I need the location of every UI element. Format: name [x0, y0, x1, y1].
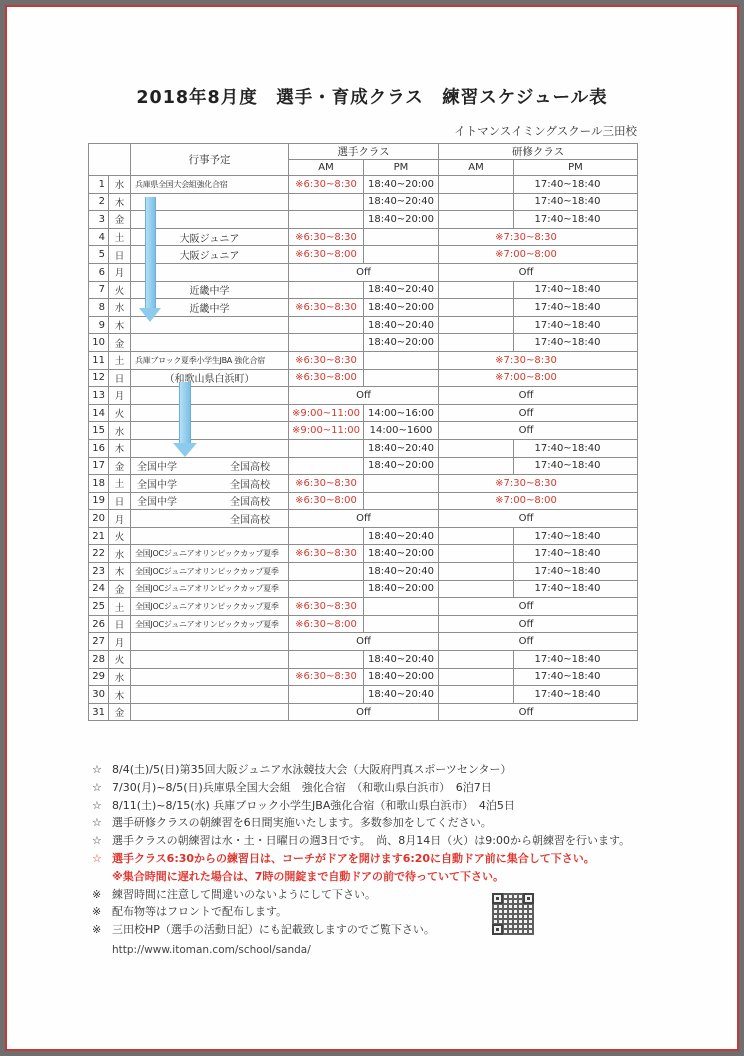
table-row: 17金全国中学全国高校18:40~20:0017:40~18:40 [89, 457, 638, 475]
day-cell: 28 [89, 651, 109, 669]
table-row: 25土全国JOCジュニアオリンピックカップ夏季※6:30~8:30Off [89, 598, 638, 616]
arrow-head [139, 308, 161, 322]
day-cell: 11 [89, 351, 109, 369]
event-cell [131, 527, 289, 545]
table-row: 26日全国JOCジュニアオリンピックカップ夏季※6:30~8:00Off [89, 615, 638, 633]
event-label: 大阪ジュニア [180, 234, 240, 245]
player-off-cell: Off [289, 387, 439, 405]
weekday-cell: 金 [109, 211, 131, 229]
note-text: 選手クラスの朝練習は水・土・日曜日の週3日です。 尚、8月14日（火）は9:00… [112, 834, 630, 847]
training-am-cell: ※7:30~8:30 [439, 351, 638, 369]
day-cell: 18 [89, 475, 109, 493]
event-split: 全国高校 [133, 511, 286, 526]
training-am-cell: ※7:30~8:30 [439, 228, 638, 246]
event-label: 全国JOCジュニアオリンピックカップ夏季 [133, 548, 286, 559]
training-pm-cell: 17:40~18:40 [514, 211, 638, 229]
event-label-right: 全国高校 [230, 458, 270, 473]
training-am-header: AM [439, 160, 514, 176]
player-class-header: 選手クラス [289, 144, 439, 160]
note-marker: ☆ [92, 797, 102, 815]
training-am-cell [439, 686, 514, 704]
training-pm-cell: 17:40~18:40 [514, 316, 638, 334]
table-row: 31金OffOff [89, 703, 638, 721]
training-am-cell [439, 334, 514, 352]
weekday-cell: 火 [109, 527, 131, 545]
event-label-right: 全国高校 [230, 511, 270, 526]
day-cell: 24 [89, 580, 109, 598]
player-am-cell [289, 457, 364, 475]
schedule-table-wrap: 行事予定 選手クラス 研修クラス AM PM AM PM 1水兵庫県全国大会組強… [88, 143, 637, 721]
player-am-cell: ※6:30~8:00 [289, 246, 364, 264]
note-line: ※三田校HP（選手の活動日記）にも記載致しますのでご覧下さい。 [92, 921, 652, 939]
day-cell: 31 [89, 703, 109, 721]
training-am-cell [439, 563, 514, 581]
weekday-cell: 月 [109, 633, 131, 651]
event-cell: 全国高校 [131, 510, 289, 528]
table-row: 30木18:40~20:4017:40~18:40 [89, 686, 638, 704]
day-cell: 4 [89, 228, 109, 246]
event-label-right: 全国高校 [230, 476, 270, 491]
camp-span-arrow-icon [139, 197, 161, 322]
event-cell [131, 633, 289, 651]
note-marker: ☆ [92, 832, 102, 850]
event-split: 全国中学全国高校 [133, 458, 286, 473]
player-off-cell: Off [289, 703, 439, 721]
weekday-cell: 土 [109, 475, 131, 493]
arrow-shaft [179, 382, 191, 443]
weekday-cell: 水 [109, 668, 131, 686]
player-pm-cell [364, 369, 439, 387]
camp-span-arrow-icon [173, 382, 197, 457]
weekday-cell: 金 [109, 580, 131, 598]
training-am-cell [439, 299, 514, 317]
day-cell: 5 [89, 246, 109, 264]
note-text: 7/30(月)~8/5(日)兵庫県全国大会組 強化合宿 （和歌山県白浜市） 6泊… [112, 781, 492, 794]
table-row: 10金18:40~20:0017:40~18:40 [89, 334, 638, 352]
player-pm-cell: 18:40~20:40 [364, 439, 439, 457]
training-off-cell: Off [439, 387, 638, 405]
training-off-cell: Off [439, 404, 638, 422]
day-cell: 12 [89, 369, 109, 387]
weekday-cell: 金 [109, 334, 131, 352]
event-cell: 全国中学全国高校 [131, 457, 289, 475]
training-am-cell [439, 281, 514, 299]
day-cell: 21 [89, 527, 109, 545]
weekday-cell: 木 [109, 316, 131, 334]
training-am-cell [439, 439, 514, 457]
note-marker: ☆ [92, 850, 102, 868]
training-pm-cell: 17:40~18:40 [514, 176, 638, 194]
day-cell: 19 [89, 492, 109, 510]
note-marker: ※ [92, 903, 101, 921]
player-pm-cell: 18:40~20:40 [364, 316, 439, 334]
day-cell: 22 [89, 545, 109, 563]
training-pm-cell: 17:40~18:40 [514, 527, 638, 545]
event-label: 兵庫県全国大会組強化合宿 [133, 179, 286, 190]
weekday-cell: 火 [109, 404, 131, 422]
note-marker: ※ [92, 886, 101, 904]
player-pm-cell [364, 246, 439, 264]
note-line: ☆8/4(土)/5(日)第35回大阪ジュニア水泳競技大会（大阪府門真スポーツセン… [92, 761, 652, 779]
weekday-cell: 火 [109, 651, 131, 669]
training-am-cell [439, 176, 514, 194]
player-am-cell: ※6:30~8:30 [289, 228, 364, 246]
event-cell: 全国JOCジュニアオリンピックカップ夏季 [131, 598, 289, 616]
weekday-cell: 土 [109, 228, 131, 246]
event-label: 近畿中学 [190, 304, 230, 315]
player-am-cell [289, 580, 364, 598]
player-am-cell: ※6:30~8:30 [289, 475, 364, 493]
event-cell: 全国JOCジュニアオリンピックカップ夏季 [131, 545, 289, 563]
weekday-cell: 水 [109, 545, 131, 563]
player-pm-cell: 18:40~20:40 [364, 527, 439, 545]
player-pm-cell: 14:00~1600 [364, 422, 439, 440]
table-row: 5日大阪ジュニア※6:30~8:00※7:00~8:00 [89, 246, 638, 264]
player-am-cell: ※6:30~8:30 [289, 545, 364, 563]
note-line: ☆選手研修クラスの朝練習を6日間実施いたします。多数参加をしてください。 [92, 814, 652, 832]
training-am-cell [439, 545, 514, 563]
table-row: 27月OffOff [89, 633, 638, 651]
event-cell: 兵庫県全国大会組強化合宿 [131, 176, 289, 194]
player-am-cell [289, 563, 364, 581]
player-am-header: AM [289, 160, 364, 176]
weekday-cell: 金 [109, 457, 131, 475]
player-pm-cell: 18:40~20:00 [364, 211, 439, 229]
training-class-header: 研修クラス [439, 144, 638, 160]
training-pm-cell: 17:40~18:40 [514, 668, 638, 686]
training-off-cell: Off [439, 615, 638, 633]
event-label: 近畿中学 [190, 286, 230, 297]
player-am-cell [289, 527, 364, 545]
notes-list: ☆8/4(土)/5(日)第35回大阪ジュニア水泳競技大会（大阪府門真スポーツセン… [92, 761, 652, 939]
table-row: 29水※6:30~8:3018:40~20:0017:40~18:40 [89, 668, 638, 686]
event-label-right: 全国高校 [230, 493, 270, 508]
training-pm-cell: 17:40~18:40 [514, 334, 638, 352]
weekday-cell: 日 [109, 369, 131, 387]
qr-finder-icon [492, 893, 503, 904]
note-text: 選手クラス6:30からの練習日は、コーチがドアを開けます6:20に自動ドア前に集… [112, 852, 595, 865]
player-am-cell: ※9:00~11:00 [289, 422, 364, 440]
training-am-cell [439, 580, 514, 598]
event-cell: 兵庫ブロック夏季小学生JBA 強化合宿 [131, 351, 289, 369]
event-cell: 全国JOCジュニアオリンピックカップ夏季 [131, 615, 289, 633]
qr-finder-icon [523, 893, 534, 904]
note-line: ☆選手クラス6:30からの練習日は、コーチがドアを開けます6:20に自動ドア前に… [92, 850, 652, 868]
day-cell: 7 [89, 281, 109, 299]
training-pm-cell: 17:40~18:40 [514, 563, 638, 581]
table-row: 14火※9:00~11:0014:00~16:00Off [89, 404, 638, 422]
arrow-shaft [145, 197, 156, 308]
weekday-cell: 月 [109, 263, 131, 281]
school-name: イトマンスイミングスクール三田校 [454, 123, 637, 139]
training-pm-cell: 17:40~18:40 [514, 281, 638, 299]
note-text: 8/11(土)~8/15(水) 兵庫ブロック小学生JBA強化合宿（和歌山県白浜市… [112, 799, 515, 812]
note-text: ※集合時間に遅れた場合は、7時の開錠まで自動ドアの前で待っていて下さい。 [112, 870, 504, 883]
event-cell [131, 439, 289, 457]
weekday-cell: 日 [109, 615, 131, 633]
day-cell: 3 [89, 211, 109, 229]
day-cell: 27 [89, 633, 109, 651]
weekday-cell: 月 [109, 387, 131, 405]
player-am-cell [289, 193, 364, 211]
training-pm-cell: 17:40~18:40 [514, 686, 638, 704]
note-text: 選手研修クラスの朝練習を6日間実施いたします。多数参加をしてください。 [112, 816, 492, 829]
weekday-cell: 水 [109, 299, 131, 317]
training-am-cell: ※7:00~8:00 [439, 369, 638, 387]
player-am-cell [289, 334, 364, 352]
event-label: 全国JOCジュニアオリンピックカップ夏季 [133, 619, 286, 630]
corner-cell [89, 144, 131, 176]
note-marker: ☆ [92, 814, 102, 832]
day-cell: 26 [89, 615, 109, 633]
note-line: ※集合時間に遅れた場合は、7時の開錠まで自動ドアの前で待っていて下さい。 [92, 868, 652, 886]
event-label-left: 全国中学 [137, 458, 177, 473]
training-pm-cell: 17:40~18:40 [514, 299, 638, 317]
player-pm-header: PM [364, 160, 439, 176]
table-row: 21火18:40~20:4017:40~18:40 [89, 527, 638, 545]
day-cell: 2 [89, 193, 109, 211]
player-pm-cell [364, 492, 439, 510]
training-pm-cell: 17:40~18:40 [514, 545, 638, 563]
event-cell [131, 703, 289, 721]
day-cell: 8 [89, 299, 109, 317]
training-off-cell: Off [439, 703, 638, 721]
player-pm-cell: 14:00~16:00 [364, 404, 439, 422]
day-cell: 15 [89, 422, 109, 440]
table-row: 3金18:40~20:0017:40~18:40 [89, 211, 638, 229]
training-pm-cell: 17:40~18:40 [514, 193, 638, 211]
player-am-cell: ※6:30~8:30 [289, 176, 364, 194]
weekday-cell: 木 [109, 193, 131, 211]
training-pm-header: PM [514, 160, 638, 176]
table-row: 8水近畿中学※6:30~8:3018:40~20:0017:40~18:40 [89, 299, 638, 317]
day-cell: 10 [89, 334, 109, 352]
table-row: 1水兵庫県全国大会組強化合宿※6:30~8:3018:40~20:0017:40… [89, 176, 638, 194]
player-pm-cell [364, 615, 439, 633]
table-row: 9木18:40~20:4017:40~18:40 [89, 316, 638, 334]
player-pm-cell: 18:40~20:40 [364, 193, 439, 211]
note-line: ※練習時間に注意して間違いのないようにして下さい。 [92, 886, 652, 904]
weekday-cell: 土 [109, 351, 131, 369]
player-off-cell: Off [289, 633, 439, 651]
day-cell: 6 [89, 263, 109, 281]
training-am-cell: ※7:00~8:00 [439, 492, 638, 510]
training-off-cell: Off [439, 422, 638, 440]
player-am-cell: ※6:30~8:30 [289, 598, 364, 616]
table-row: 2木18:40~20:4017:40~18:40 [89, 193, 638, 211]
player-am-cell [289, 686, 364, 704]
player-pm-cell [364, 598, 439, 616]
training-am-cell [439, 651, 514, 669]
event-label: 全国JOCジュニアオリンピックカップ夏季 [133, 601, 286, 612]
event-label: 兵庫ブロック夏季小学生JBA 強化合宿 [133, 355, 286, 366]
schedule-table: 行事予定 選手クラス 研修クラス AM PM AM PM 1水兵庫県全国大会組強… [88, 143, 638, 721]
table-row: 13月OffOff [89, 387, 638, 405]
day-cell: 17 [89, 457, 109, 475]
event-split: 全国中学全国高校 [133, 493, 286, 508]
event-label: 大阪ジュニア [180, 251, 240, 262]
player-am-cell: ※6:30~8:30 [289, 299, 364, 317]
player-pm-cell: 18:40~20:00 [364, 176, 439, 194]
training-am-cell [439, 316, 514, 334]
weekday-cell: 日 [109, 492, 131, 510]
weekday-cell: 日 [109, 246, 131, 264]
day-cell: 29 [89, 668, 109, 686]
player-am-cell: ※6:30~8:30 [289, 351, 364, 369]
table-row: 6月OffOff [89, 263, 638, 281]
event-cell [131, 668, 289, 686]
player-off-cell: Off [289, 263, 439, 281]
training-pm-cell: 17:40~18:40 [514, 580, 638, 598]
table-row: 16木18:40~20:4017:40~18:40 [89, 439, 638, 457]
event-cell [131, 334, 289, 352]
qr-finder-icon [492, 924, 503, 935]
event-cell [131, 651, 289, 669]
player-pm-cell: 18:40~20:00 [364, 545, 439, 563]
qr-code [492, 893, 534, 935]
event-cell: （和歌山県白浜町） [131, 369, 289, 387]
table-row: 22水全国JOCジュニアオリンピックカップ夏季※6:30~8:3018:40~2… [89, 545, 638, 563]
training-off-cell: Off [439, 263, 638, 281]
note-text: 練習時間に注意して間違いのないようにして下さい。 [112, 888, 376, 901]
player-am-cell: ※6:30~8:00 [289, 369, 364, 387]
training-pm-cell: 17:40~18:40 [514, 439, 638, 457]
training-am-cell: ※7:30~8:30 [439, 475, 638, 493]
table-row: 28火18:40~20:4017:40~18:40 [89, 651, 638, 669]
weekday-cell: 木 [109, 686, 131, 704]
day-cell: 1 [89, 176, 109, 194]
table-row: 11土兵庫ブロック夏季小学生JBA 強化合宿※6:30~8:30※7:30~8:… [89, 351, 638, 369]
event-label-left: 全国中学 [137, 493, 177, 508]
day-cell: 9 [89, 316, 109, 334]
page-title: 2018年8月度 選手・育成クラス 練習スケジュール表 [7, 84, 737, 109]
player-am-cell: ※6:30~8:30 [289, 668, 364, 686]
note-line: ☆7/30(月)~8/5(日)兵庫県全国大会組 強化合宿 （和歌山県白浜市） 6… [92, 779, 652, 797]
player-am-cell: ※6:30~8:00 [289, 492, 364, 510]
day-cell: 20 [89, 510, 109, 528]
player-pm-cell: 18:40~20:40 [364, 686, 439, 704]
training-off-cell: Off [439, 510, 638, 528]
event-cell [131, 422, 289, 440]
event-cell: 全国中学全国高校 [131, 492, 289, 510]
weekday-cell: 金 [109, 703, 131, 721]
event-cell [131, 404, 289, 422]
training-am-cell [439, 457, 514, 475]
event-cell: 全国JOCジュニアオリンピックカップ夏季 [131, 580, 289, 598]
arrow-head [173, 443, 197, 457]
weekday-cell: 月 [109, 510, 131, 528]
training-am-cell [439, 193, 514, 211]
player-pm-cell: 18:40~20:40 [364, 651, 439, 669]
event-cell: 全国中学全国高校 [131, 475, 289, 493]
player-pm-cell [364, 351, 439, 369]
training-off-cell: Off [439, 598, 638, 616]
table-row: 19日全国中学全国高校※6:30~8:00※7:00~8:00 [89, 492, 638, 510]
day-cell: 16 [89, 439, 109, 457]
player-off-cell: Off [289, 510, 439, 528]
note-text: 8/4(土)/5(日)第35回大阪ジュニア水泳競技大会（大阪府門真スポーツセンタ… [112, 763, 511, 776]
player-pm-cell: 18:40~20:00 [364, 580, 439, 598]
weekday-cell: 土 [109, 598, 131, 616]
note-text: 三田校HP（選手の活動日記）にも記載致しますのでご覧下さい。 [112, 923, 435, 936]
table-row: 18土全国中学全国高校※6:30~8:30※7:30~8:30 [89, 475, 638, 493]
player-pm-cell: 18:40~20:40 [364, 563, 439, 581]
weekday-cell: 水 [109, 422, 131, 440]
player-am-cell [289, 211, 364, 229]
player-pm-cell [364, 228, 439, 246]
schedule-body: 1水兵庫県全国大会組強化合宿※6:30~8:3018:40~20:0017:40… [89, 176, 638, 721]
event-column-header: 行事予定 [131, 144, 289, 176]
note-marker: ☆ [92, 761, 102, 779]
weekday-cell: 水 [109, 176, 131, 194]
event-label: 全国JOCジュニアオリンピックカップ夏季 [133, 566, 286, 577]
player-am-cell: ※6:30~8:00 [289, 615, 364, 633]
note-line: ※配布物等はフロントで配布します。 [92, 903, 652, 921]
player-am-cell [289, 439, 364, 457]
weekday-cell: 木 [109, 439, 131, 457]
weekday-cell: 木 [109, 563, 131, 581]
table-row: 12日（和歌山県白浜町）※6:30~8:00※7:00~8:00 [89, 369, 638, 387]
note-text: 配布物等はフロントで配布します。 [112, 905, 287, 918]
player-am-cell [289, 651, 364, 669]
table-row: 24金全国JOCジュニアオリンピックカップ夏季18:40~20:0017:40~… [89, 580, 638, 598]
player-am-cell: ※9:00~11:00 [289, 404, 364, 422]
day-cell: 13 [89, 387, 109, 405]
note-marker: ☆ [92, 779, 102, 797]
weekday-cell: 火 [109, 281, 131, 299]
website-url: http://www.itoman.com/school/sanda/ [112, 944, 311, 956]
training-am-cell [439, 211, 514, 229]
note-line: ☆選手クラスの朝練習は水・土・日曜日の週3日です。 尚、8月14日（火）は9:0… [92, 832, 652, 850]
training-pm-cell: 17:40~18:40 [514, 457, 638, 475]
scan-background: 2018年8月度 選手・育成クラス 練習スケジュール表 イトマンスイミングスクー… [0, 0, 744, 1056]
player-am-cell [289, 316, 364, 334]
event-split: 全国中学全国高校 [133, 476, 286, 491]
table-row: 15水※9:00~11:0014:00~1600Off [89, 422, 638, 440]
day-cell: 25 [89, 598, 109, 616]
player-pm-cell: 18:40~20:00 [364, 334, 439, 352]
event-cell [131, 387, 289, 405]
table-row: 4土大阪ジュニア※6:30~8:30※7:30~8:30 [89, 228, 638, 246]
player-pm-cell [364, 475, 439, 493]
day-cell: 23 [89, 563, 109, 581]
event-label: 全国JOCジュニアオリンピックカップ夏季 [133, 583, 286, 594]
table-row: 20月全国高校OffOff [89, 510, 638, 528]
day-cell: 30 [89, 686, 109, 704]
event-cell [131, 686, 289, 704]
player-pm-cell: 18:40~20:40 [364, 281, 439, 299]
event-label-left: 全国中学 [137, 476, 177, 491]
table-row: 7火近畿中学18:40~20:4017:40~18:40 [89, 281, 638, 299]
event-cell: 全国JOCジュニアオリンピックカップ夏季 [131, 563, 289, 581]
training-pm-cell: 17:40~18:40 [514, 651, 638, 669]
player-am-cell [289, 281, 364, 299]
player-pm-cell: 18:40~20:00 [364, 457, 439, 475]
schedule-document: 2018年8月度 選手・育成クラス 練習スケジュール表 イトマンスイミングスクー… [5, 5, 739, 1051]
note-line: ☆8/11(土)~8/15(水) 兵庫ブロック小学生JBA強化合宿（和歌山県白浜… [92, 797, 652, 815]
training-am-cell [439, 668, 514, 686]
player-pm-cell: 18:40~20:00 [364, 299, 439, 317]
training-am-cell: ※7:00~8:00 [439, 246, 638, 264]
note-marker: ※ [92, 921, 101, 939]
player-pm-cell: 18:40~20:00 [364, 668, 439, 686]
training-off-cell: Off [439, 633, 638, 651]
table-row: 23木全国JOCジュニアオリンピックカップ夏季18:40~20:4017:40~… [89, 563, 638, 581]
training-am-cell [439, 527, 514, 545]
day-cell: 14 [89, 404, 109, 422]
